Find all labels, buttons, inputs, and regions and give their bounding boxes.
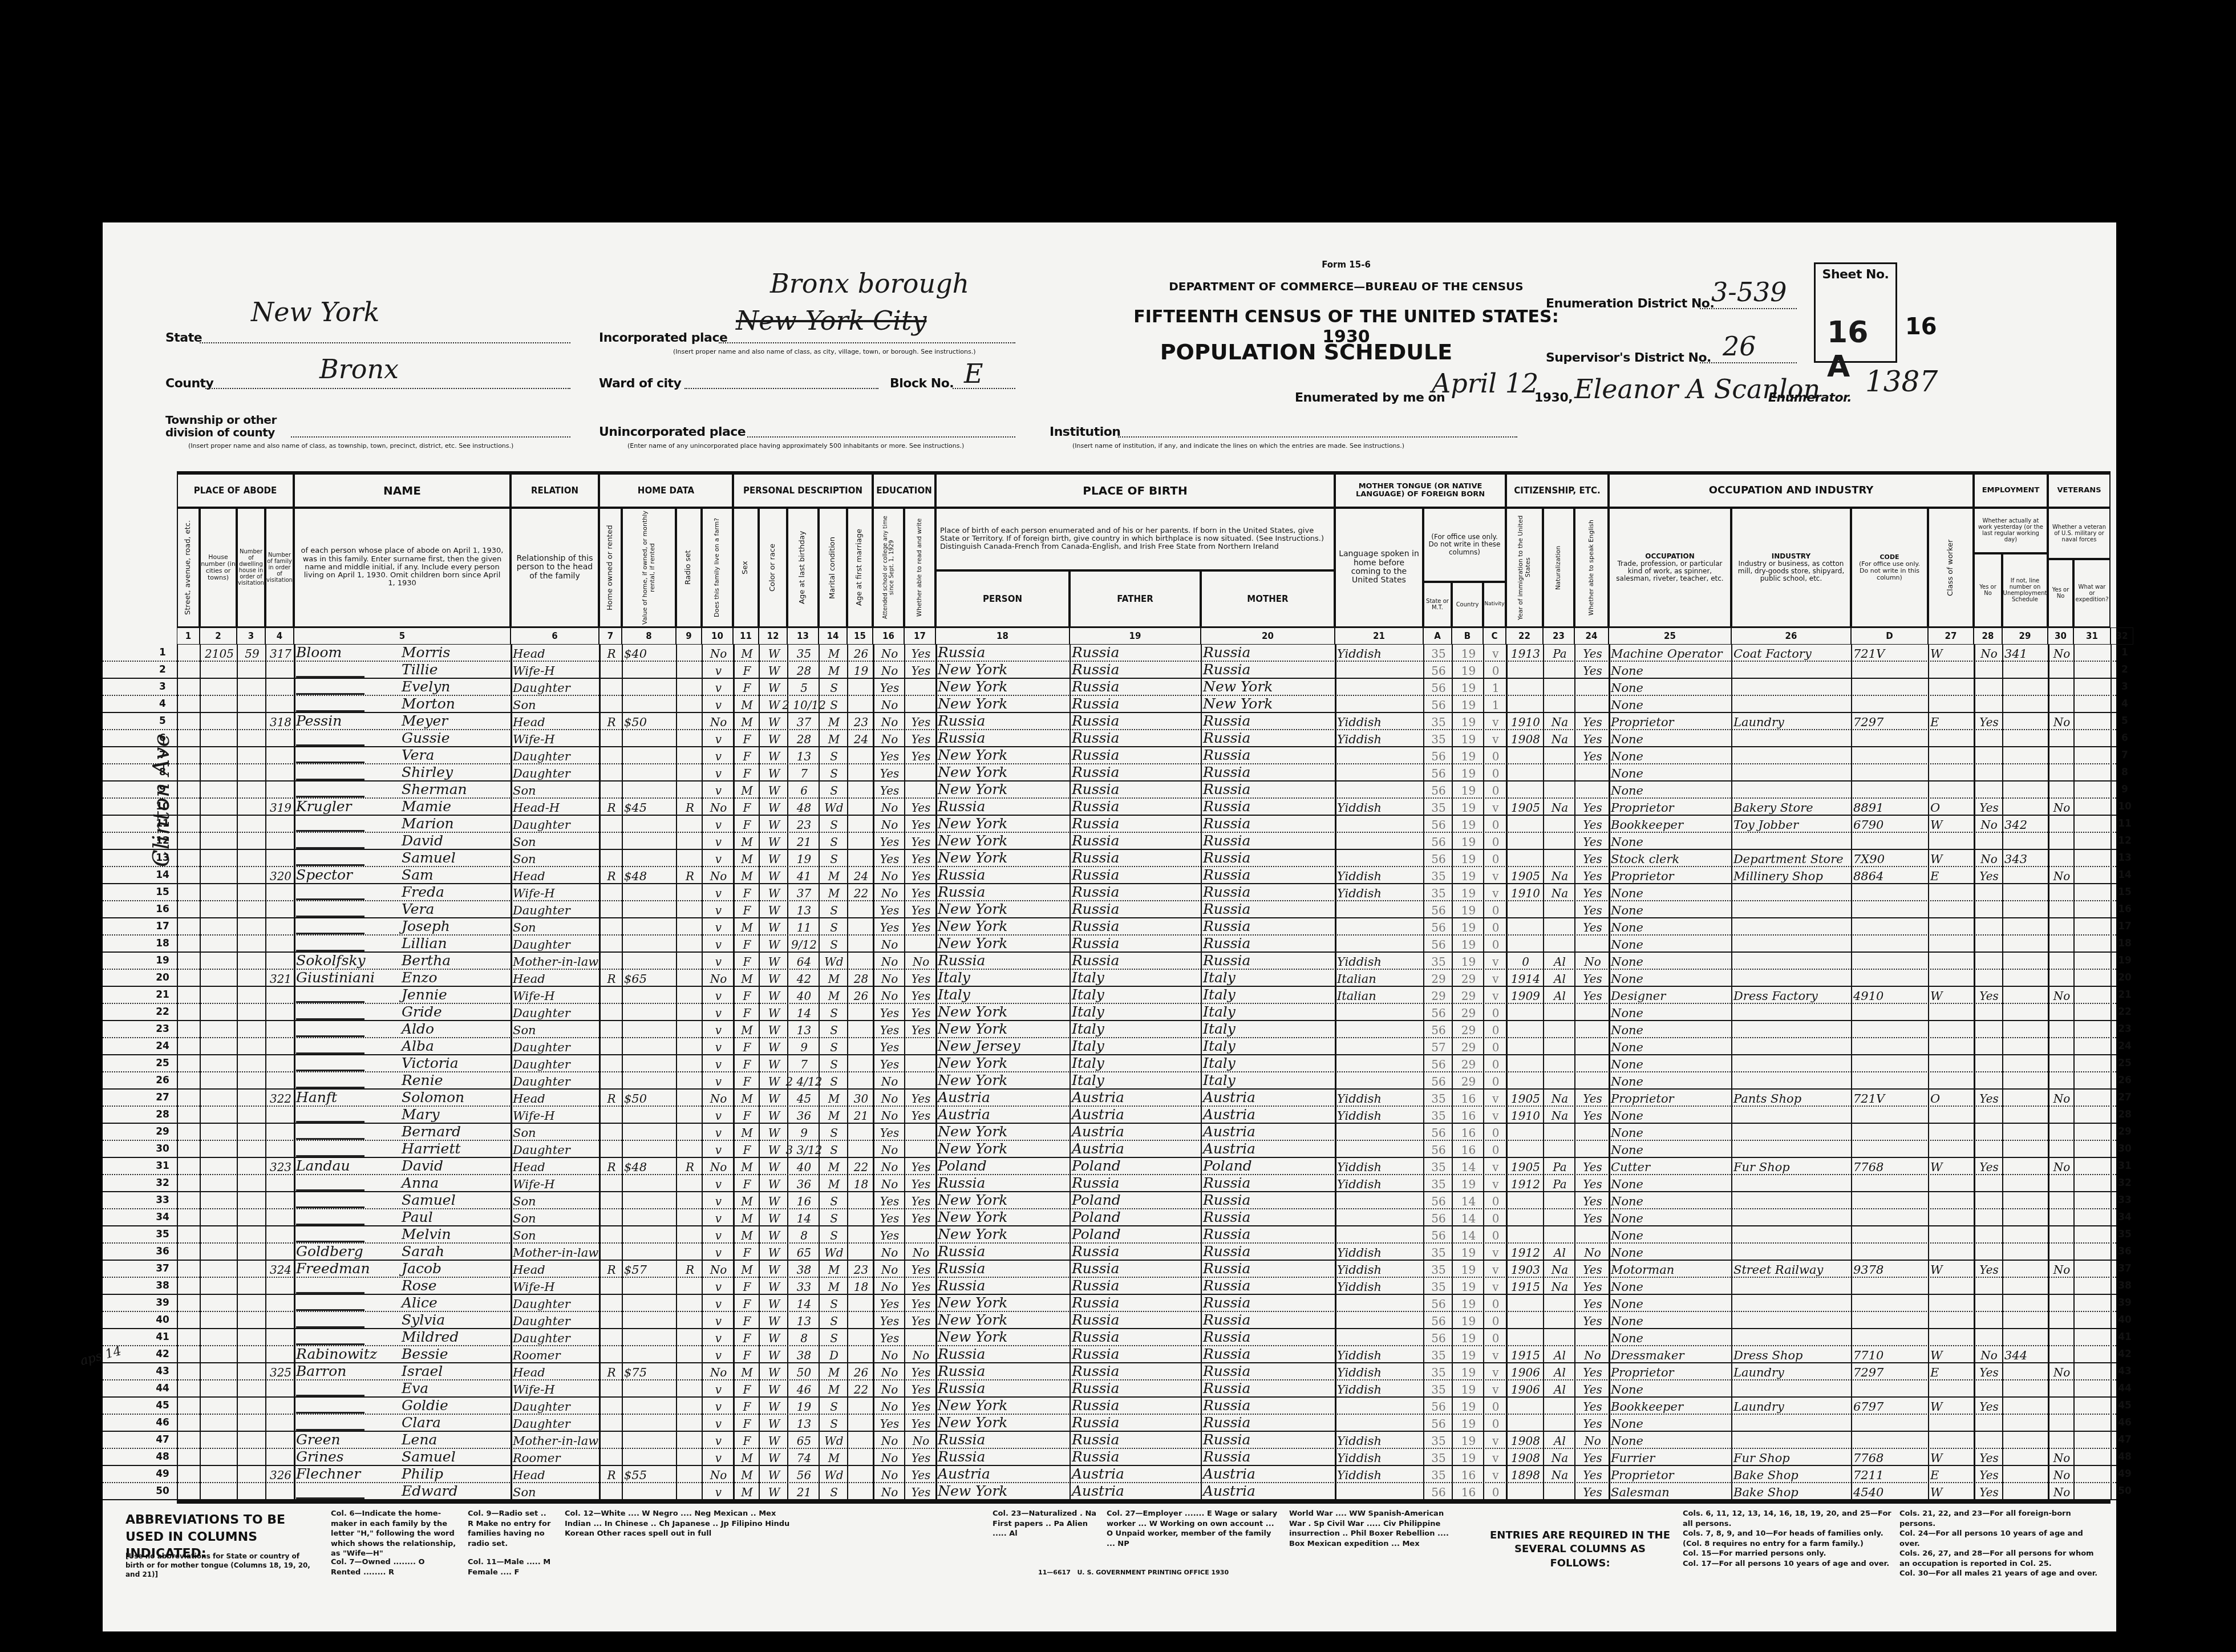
cell-pob-mother: Russia	[1203, 833, 1335, 850]
cell-surname: Krugler	[296, 799, 399, 816]
col7-header: Home owned or rented	[599, 508, 622, 627]
cell-pob-mother: Russia	[1203, 918, 1335, 936]
table-row: 3434PaulSonvMW14SYesYesNew YorkPolandRus…	[103, 1209, 2116, 1226]
cell-at-work: Yes	[1976, 1158, 2002, 1175]
cell-read: Yes	[906, 970, 935, 987]
cell-sex: M	[735, 645, 759, 662]
cell-surname	[296, 1329, 399, 1346]
cell-farm: v	[704, 1175, 733, 1192]
cell-occupation: Bookkeeper	[1611, 1398, 1731, 1415]
cell-surname: Pessin	[296, 713, 399, 730]
cell-age-marr: 21	[849, 1107, 873, 1124]
cell-given: Mildred	[402, 1329, 511, 1346]
cell-veteran: No	[2050, 1363, 2073, 1380]
cell-pob-father: Russia	[1072, 867, 1201, 884]
abbrev-col11: Col. 11—Male ..... M Female .... F	[468, 1557, 553, 1577]
entries-6: Col. 24—For all persons 10 years of age …	[1899, 1529, 2105, 1549]
cell-marital: M	[821, 1107, 847, 1124]
cell-sex: F	[735, 1278, 759, 1295]
cell-pob-mother: Russia	[1203, 1449, 1335, 1466]
cell-given: Jennie	[402, 987, 511, 1004]
incorporated-value: New York City	[736, 305, 926, 336]
cell-pob-father: Russia	[1072, 713, 1201, 730]
township-line	[291, 436, 570, 438]
grid-line	[265, 645, 266, 1500]
line-number-right: 28	[2113, 1109, 2136, 1120]
cell-code-a: 56	[1425, 764, 1452, 782]
cell-occupation: None	[1611, 1278, 1731, 1295]
cell-school: No	[875, 1278, 904, 1295]
line-number: 38	[151, 1280, 174, 1291]
cell-given: Mary	[402, 1107, 511, 1124]
cell-age: 8	[789, 1226, 819, 1244]
line-number: 21	[151, 989, 174, 1001]
cell-given: Enzo	[402, 970, 511, 987]
line-number: 17	[151, 921, 174, 932]
cell-pob: Russia	[938, 713, 1070, 730]
cell-pob-father: Russia	[1072, 1449, 1201, 1466]
cell-pob: New York	[938, 1415, 1070, 1432]
cell-value: $40	[624, 645, 676, 662]
column-number: 32	[2111, 627, 2133, 645]
line-number: 23	[151, 1023, 174, 1035]
table-row: 1010319KruglerMamieHead-HR$45RNoFW48WdNo…	[103, 799, 2116, 816]
table-row: 2525VictoriaDaughtervFW7SYesNew YorkItal…	[103, 1055, 2116, 1072]
cell-pob-father: Italy	[1072, 1004, 1201, 1021]
grid-line	[819, 645, 820, 1500]
cell-pob-mother: Russia	[1203, 1432, 1335, 1449]
cell-farm: v	[704, 1055, 733, 1072]
cell-unemp-line: 341	[2004, 645, 2048, 662]
cell-farm: v	[704, 1432, 733, 1449]
cell-pob: Russia	[938, 1346, 1070, 1363]
cell-given: Solomon	[402, 1090, 511, 1107]
cell-farm: No	[704, 1158, 733, 1175]
line-number-right: 8	[2113, 767, 2136, 778]
column-number: 15	[847, 627, 873, 645]
table-row: 2626RenieDaughtervFW2 4/12SNoNew YorkIta…	[103, 1072, 2116, 1090]
line-number: 18	[151, 938, 174, 949]
cell-sex: F	[735, 1055, 759, 1072]
col9-header: Radio set	[676, 508, 702, 627]
table-row: 3131323LandauDavidHeadR$48RNoMW40M22NoYe…	[103, 1158, 2116, 1175]
cell-race: W	[761, 1466, 787, 1483]
table-row: 2424AlbaDaughtervFW9SYesNew JerseyItalyI…	[103, 1038, 2116, 1055]
cell-relation: Son	[513, 1192, 599, 1209]
cell-pob-father: Russia	[1072, 1295, 1201, 1312]
line-number: 26	[151, 1075, 174, 1086]
cell-read: Yes	[906, 1380, 935, 1398]
county-value: Bronx	[319, 354, 399, 384]
column-number: 5	[294, 627, 511, 645]
cell-sex: M	[735, 1021, 759, 1038]
cell-race: W	[761, 936, 787, 953]
cell-relation: Son	[513, 696, 599, 713]
cell-given: Renie	[402, 1072, 511, 1090]
cell-code-d: 4540	[1853, 1483, 1928, 1500]
cell-pob-mother: Italy	[1203, 1055, 1335, 1072]
cell-relation: Wife-H	[513, 1380, 599, 1398]
line-number: 47	[151, 1434, 174, 1445]
cell-pob-father: Russia	[1072, 1329, 1201, 1346]
line-number: 39	[151, 1297, 174, 1309]
line-number: 25	[151, 1058, 174, 1069]
cell-school: Yes	[875, 1038, 904, 1055]
cell-language: Yiddish	[1337, 1244, 1423, 1261]
cell-sex: F	[735, 1141, 759, 1158]
table-row: 1515FredaWife-HvFW37M22NoYesRussiaRussia…	[103, 884, 2116, 901]
cell-immig: 1910	[1508, 1107, 1543, 1124]
incorporated-note: (Insert proper name and also name of cla…	[673, 348, 1038, 355]
cell-sex: F	[735, 884, 759, 901]
cell-age: 13	[789, 747, 819, 764]
cell-occupation: None	[1611, 662, 1731, 679]
cell-relation: Son	[513, 918, 599, 936]
cell-race: W	[761, 782, 787, 799]
cell-pob-mother: Austria	[1203, 1483, 1335, 1500]
cell-surname	[296, 764, 399, 782]
cell-race: W	[761, 867, 787, 884]
cell-relation: Wife-H	[513, 662, 599, 679]
entries-8: Col. 30—For all males 21 years of age an…	[1899, 1569, 2105, 1579]
cell-occupation: None	[1611, 764, 1731, 782]
cell-given: David	[402, 833, 511, 850]
cell-code-a: 56	[1425, 918, 1452, 936]
line-number: 41	[151, 1331, 174, 1343]
cell-marital: S	[821, 936, 847, 953]
state-value: New York	[251, 297, 379, 327]
cell-sex: F	[735, 799, 759, 816]
cell-veteran: No	[2050, 1158, 2073, 1175]
cell-pob-mother: Russia	[1203, 662, 1335, 679]
cell-pob: Austria	[938, 1090, 1070, 1107]
cell-code-b: 19	[1454, 679, 1483, 696]
cell-code-c: v	[1485, 970, 1506, 987]
cell-pob: Russia	[938, 1175, 1070, 1192]
entries-1: Cols. 6, 11, 12, 13, 14, 16, 18, 19, 20,…	[1683, 1509, 1894, 1529]
cell-pob: New Jersey	[938, 1038, 1070, 1055]
cell-code-c: v	[1485, 1466, 1506, 1483]
cell-given: Tillie	[402, 662, 511, 679]
cell-natz: Al	[1545, 1363, 1574, 1380]
sd-label: Supervisor's District No.	[1546, 351, 1711, 365]
cell-race: W	[761, 679, 787, 696]
cell-code-a: 56	[1425, 662, 1452, 679]
cell-english: Yes	[1577, 1261, 1609, 1278]
cell-surname: Hanft	[296, 1090, 399, 1107]
cell-english: Yes	[1577, 1158, 1609, 1175]
cell-pob-mother: Russia	[1203, 867, 1335, 884]
cell-code-b: 19	[1454, 1278, 1483, 1295]
cell-surname	[296, 782, 399, 799]
cell-pob: New York	[938, 918, 1070, 936]
cell-code-a: 35	[1425, 799, 1452, 816]
table-row: 3030HarriettDaughtervFW3 3/12SNoNew York…	[103, 1141, 2116, 1158]
ed-label: Enumeration District No.	[1546, 297, 1714, 311]
cell-class: E	[1930, 1363, 1974, 1380]
cell-relation: Wife-H	[513, 1175, 599, 1192]
cell-relation: Daughter	[513, 764, 599, 782]
cell-surname	[296, 936, 399, 953]
cell-pob-father: Russia	[1072, 1380, 1201, 1398]
cell-occupation: None	[1611, 782, 1731, 799]
cell-tenure: R	[601, 970, 622, 987]
cell-english: Yes	[1577, 1090, 1609, 1107]
cell-unemp-line: 342	[2004, 816, 2048, 833]
cell-farm: v	[704, 1021, 733, 1038]
cell-immig: 1906	[1508, 1363, 1543, 1380]
grid-line	[1574, 645, 1575, 1500]
department-title: DEPARTMENT OF COMMERCE—BUREAU OF THE CEN…	[1141, 280, 1552, 293]
cell-occupation: Dressmaker	[1611, 1346, 1731, 1363]
cell-tenure: R	[601, 645, 622, 662]
cell-english: Yes	[1577, 1175, 1609, 1192]
cell-age: 19	[789, 850, 819, 867]
cell-given: Evelyn	[402, 679, 511, 696]
county-line	[205, 388, 570, 389]
cell-marital: S	[821, 1295, 847, 1312]
cell-school: No	[875, 1346, 904, 1363]
table-top-border	[177, 471, 2111, 475]
cell-code-a: 56	[1425, 1329, 1452, 1346]
cell-immig: 1905	[1508, 1090, 1543, 1107]
column-number: 29	[2002, 627, 2048, 645]
cell-code-c: 0	[1485, 833, 1506, 850]
township-label: Township or other division of county	[165, 414, 291, 439]
line-number-right: 30	[2113, 1143, 2136, 1155]
cell-tenure: R	[601, 1158, 622, 1175]
cell-code-a: 35	[1425, 953, 1452, 970]
cell-pob: Russia	[938, 1363, 1070, 1380]
cell-marital: M	[821, 970, 847, 987]
cell-occupation: Stock clerk	[1611, 850, 1731, 867]
cell-pob: New York	[938, 850, 1070, 867]
cell-code-b: 29	[1454, 1072, 1483, 1090]
table-row: 2828MaryWife-HvFW36M21NoYesAustriaAustri…	[103, 1107, 2116, 1124]
cell-value: $50	[624, 1090, 676, 1107]
cell-read: Yes	[906, 816, 935, 833]
cell-immig: 1912	[1508, 1175, 1543, 1192]
col31-header: What war or expedition?	[2073, 559, 2111, 627]
schedule-title: POPULATION SCHEDULE	[1152, 339, 1460, 365]
cell-farm: v	[704, 764, 733, 782]
cell-code-d: 7297	[1853, 713, 1928, 730]
col14-header: Marital condition	[819, 508, 847, 627]
cell-surname	[296, 1209, 399, 1226]
cell-veteran: No	[2050, 713, 2073, 730]
cell-english: Yes	[1577, 970, 1609, 987]
cell-language: Yiddish	[1337, 1107, 1423, 1124]
cell-farm: v	[704, 833, 733, 850]
table-row: 4848GrinesSamuelRoomervMW74MNoYesRussiaR…	[103, 1449, 2116, 1466]
table-row: 3838RoseWife-HvFW33M18NoYesRussiaRussiaR…	[103, 1278, 2116, 1295]
cell-marital: M	[821, 867, 847, 884]
line-number: 29	[151, 1126, 174, 1137]
cell-natz: Na	[1545, 799, 1574, 816]
cell-code-a: 35	[1425, 1449, 1452, 1466]
cell-sex: M	[735, 1363, 759, 1380]
line-number-right: 41	[2113, 1331, 2136, 1343]
line-number-right: 18	[2113, 938, 2136, 949]
cell-age-marr: 30	[849, 1090, 873, 1107]
line-number: 49	[151, 1468, 174, 1480]
cell-age: 65	[789, 1244, 819, 1261]
cell-surname	[296, 987, 399, 1004]
cell-language: Italian	[1337, 970, 1423, 987]
cell-code-b: 19	[1454, 1449, 1483, 1466]
cell-marital: Wd	[821, 1244, 847, 1261]
cell-occupation: None	[1611, 1432, 1731, 1449]
cell-pob-father: Russia	[1072, 918, 1201, 936]
cell-surname	[296, 1192, 399, 1209]
cell-farm: v	[704, 1226, 733, 1244]
cell-age: 36	[789, 1175, 819, 1192]
column-number: D	[1851, 627, 1928, 645]
cell-given: Morton	[402, 696, 511, 713]
cell-farm: v	[704, 816, 733, 833]
cell-age-marr: 22	[849, 1380, 873, 1398]
cell-occupation: Proprietor	[1611, 1090, 1731, 1107]
cell-immig: 1905	[1508, 1158, 1543, 1175]
cell-marital: M	[821, 713, 847, 730]
cell-code-c: v	[1485, 730, 1506, 747]
cell-code-c: v	[1485, 1449, 1506, 1466]
cell-code-c: v	[1485, 953, 1506, 970]
cell-marital: Wd	[821, 953, 847, 970]
cell-code-a: 35	[1425, 645, 1452, 662]
column-number: 17	[904, 627, 935, 645]
cell-given: Philip	[402, 1466, 511, 1483]
cell-school: Yes	[875, 1004, 904, 1021]
cell-natz: Pa	[1545, 1158, 1574, 1175]
cell-sex: M	[735, 1090, 759, 1107]
cell-code-c: v	[1485, 1107, 1506, 1124]
cell-code-b: 19	[1454, 833, 1483, 850]
table-row: 4141MildredDaughtervFW8SYesNew YorkRussi…	[103, 1329, 2116, 1346]
cell-code-a: 56	[1425, 901, 1452, 918]
cell-industry: Laundry	[1733, 713, 1851, 730]
ward-line	[684, 388, 878, 389]
cell-english: No	[1577, 1244, 1609, 1261]
cell-given: Jacob	[402, 1261, 511, 1278]
cell-english: Yes	[1577, 1483, 1609, 1500]
cell-relation: Head	[513, 1090, 599, 1107]
cell-natz: Na	[1545, 1090, 1574, 1107]
cell-code-b: 19	[1454, 1363, 1483, 1380]
grid-line	[1201, 645, 1202, 1500]
cell-code-c: v	[1485, 1175, 1506, 1192]
cell-given: Vera	[402, 901, 511, 918]
column-number-row: 123456789101112131415161718192021ABC2223…	[103, 627, 2116, 645]
cell-read: No	[906, 1346, 935, 1363]
line-number-right: 7	[2113, 750, 2136, 761]
cell-school: Yes	[875, 1192, 904, 1209]
cell-at-work: Yes	[1976, 1363, 2002, 1380]
cell-code-a: 56	[1425, 1021, 1452, 1038]
cell-race: W	[761, 1038, 787, 1055]
cell-code-a: 56	[1425, 1055, 1452, 1072]
cell-at-work: Yes	[1976, 1449, 2002, 1466]
cell-read: Yes	[906, 1483, 935, 1500]
grid-line	[935, 645, 937, 1500]
block-value: E	[964, 358, 983, 389]
cell-english: Yes	[1577, 799, 1609, 816]
cell-veteran: No	[2050, 799, 2073, 816]
cell-read: No	[906, 953, 935, 970]
cell-pob-father: Austria	[1072, 1483, 1201, 1500]
cell-read: Yes	[906, 730, 935, 747]
cell-immig: 1910	[1508, 884, 1543, 901]
cell-code-c: v	[1485, 713, 1506, 730]
cell-race: W	[761, 645, 787, 662]
cell-pob-mother: Russia	[1203, 713, 1335, 730]
cell-surname: Spector	[296, 867, 399, 884]
cell-read: Yes	[906, 1090, 935, 1107]
cell-race: W	[761, 1398, 787, 1415]
cell-code-a: 57	[1425, 1038, 1452, 1055]
cell-relation: Daughter	[513, 679, 599, 696]
cell-dwelling: 59	[239, 645, 265, 662]
cell-code-d: 721V	[1853, 1090, 1928, 1107]
cell-school: No	[875, 1432, 904, 1449]
cell-farm: v	[704, 1244, 733, 1261]
group-occupation: OCCUPATION AND INDUSTRY	[1609, 473, 1974, 508]
cell-age-marr: 23	[849, 1261, 873, 1278]
cell-natz: Al	[1545, 1380, 1574, 1398]
column-number: 4	[265, 627, 294, 645]
cell-natz: Na	[1545, 1261, 1574, 1278]
cell-language: Yiddish	[1337, 1363, 1423, 1380]
cell-age: 2 4/12	[789, 1072, 819, 1090]
cell-farm: No	[704, 1090, 733, 1107]
column-number: 6	[511, 627, 599, 645]
abbrev-col6: Col. 6—Indicate the home-maker in each f…	[331, 1509, 456, 1559]
line-number-right: 22	[2113, 1006, 2136, 1018]
cell-value: $50	[624, 713, 676, 730]
cell-code-a: 56	[1425, 936, 1452, 953]
cell-language: Yiddish	[1337, 1466, 1423, 1483]
cell-veteran: No	[2050, 1090, 2073, 1107]
line-number-right: 4	[2113, 698, 2136, 710]
cell-school: No	[875, 1261, 904, 1278]
cell-occupation: None	[1611, 970, 1731, 987]
cell-radio: R	[678, 1158, 702, 1175]
cell-pob: New York	[938, 662, 1070, 679]
cell-occupation: None	[1611, 1021, 1731, 1038]
col26-header: INDUSTRY Industry or business, as cotton…	[1731, 508, 1851, 627]
cell-school: Yes	[875, 901, 904, 918]
table-row: 44MortonSonvMW2 10/12SNoNew YorkRussiaNe…	[103, 696, 2116, 713]
cell-age: 36	[789, 1107, 819, 1124]
cell-immig: 1908	[1508, 1432, 1543, 1449]
cell-pob-mother: Russia	[1203, 1278, 1335, 1295]
cell-family: 318	[268, 713, 294, 730]
cell-farm: v	[704, 1141, 733, 1158]
cell-age: 11	[789, 918, 819, 936]
line-number-right: 3	[2113, 681, 2136, 693]
cell-pob-mother: Italy	[1203, 1004, 1335, 1021]
cell-value: $48	[624, 1158, 676, 1175]
enumerated-date: April 12	[1432, 368, 1538, 399]
cell-marital: M	[821, 1449, 847, 1466]
cell-given: Shirley	[402, 764, 511, 782]
table-row: 2222GrideDaughtervFW14SYesYesNew YorkIta…	[103, 1004, 2116, 1021]
cell-surname	[296, 1021, 399, 1038]
cell-surname: Landau	[296, 1158, 399, 1175]
col27-header: Class of worker	[1928, 508, 1974, 627]
cell-code-b: 19	[1454, 645, 1483, 662]
table-row: 1818LillianDaughtervFW9/12SNoNew YorkRus…	[103, 936, 2116, 953]
